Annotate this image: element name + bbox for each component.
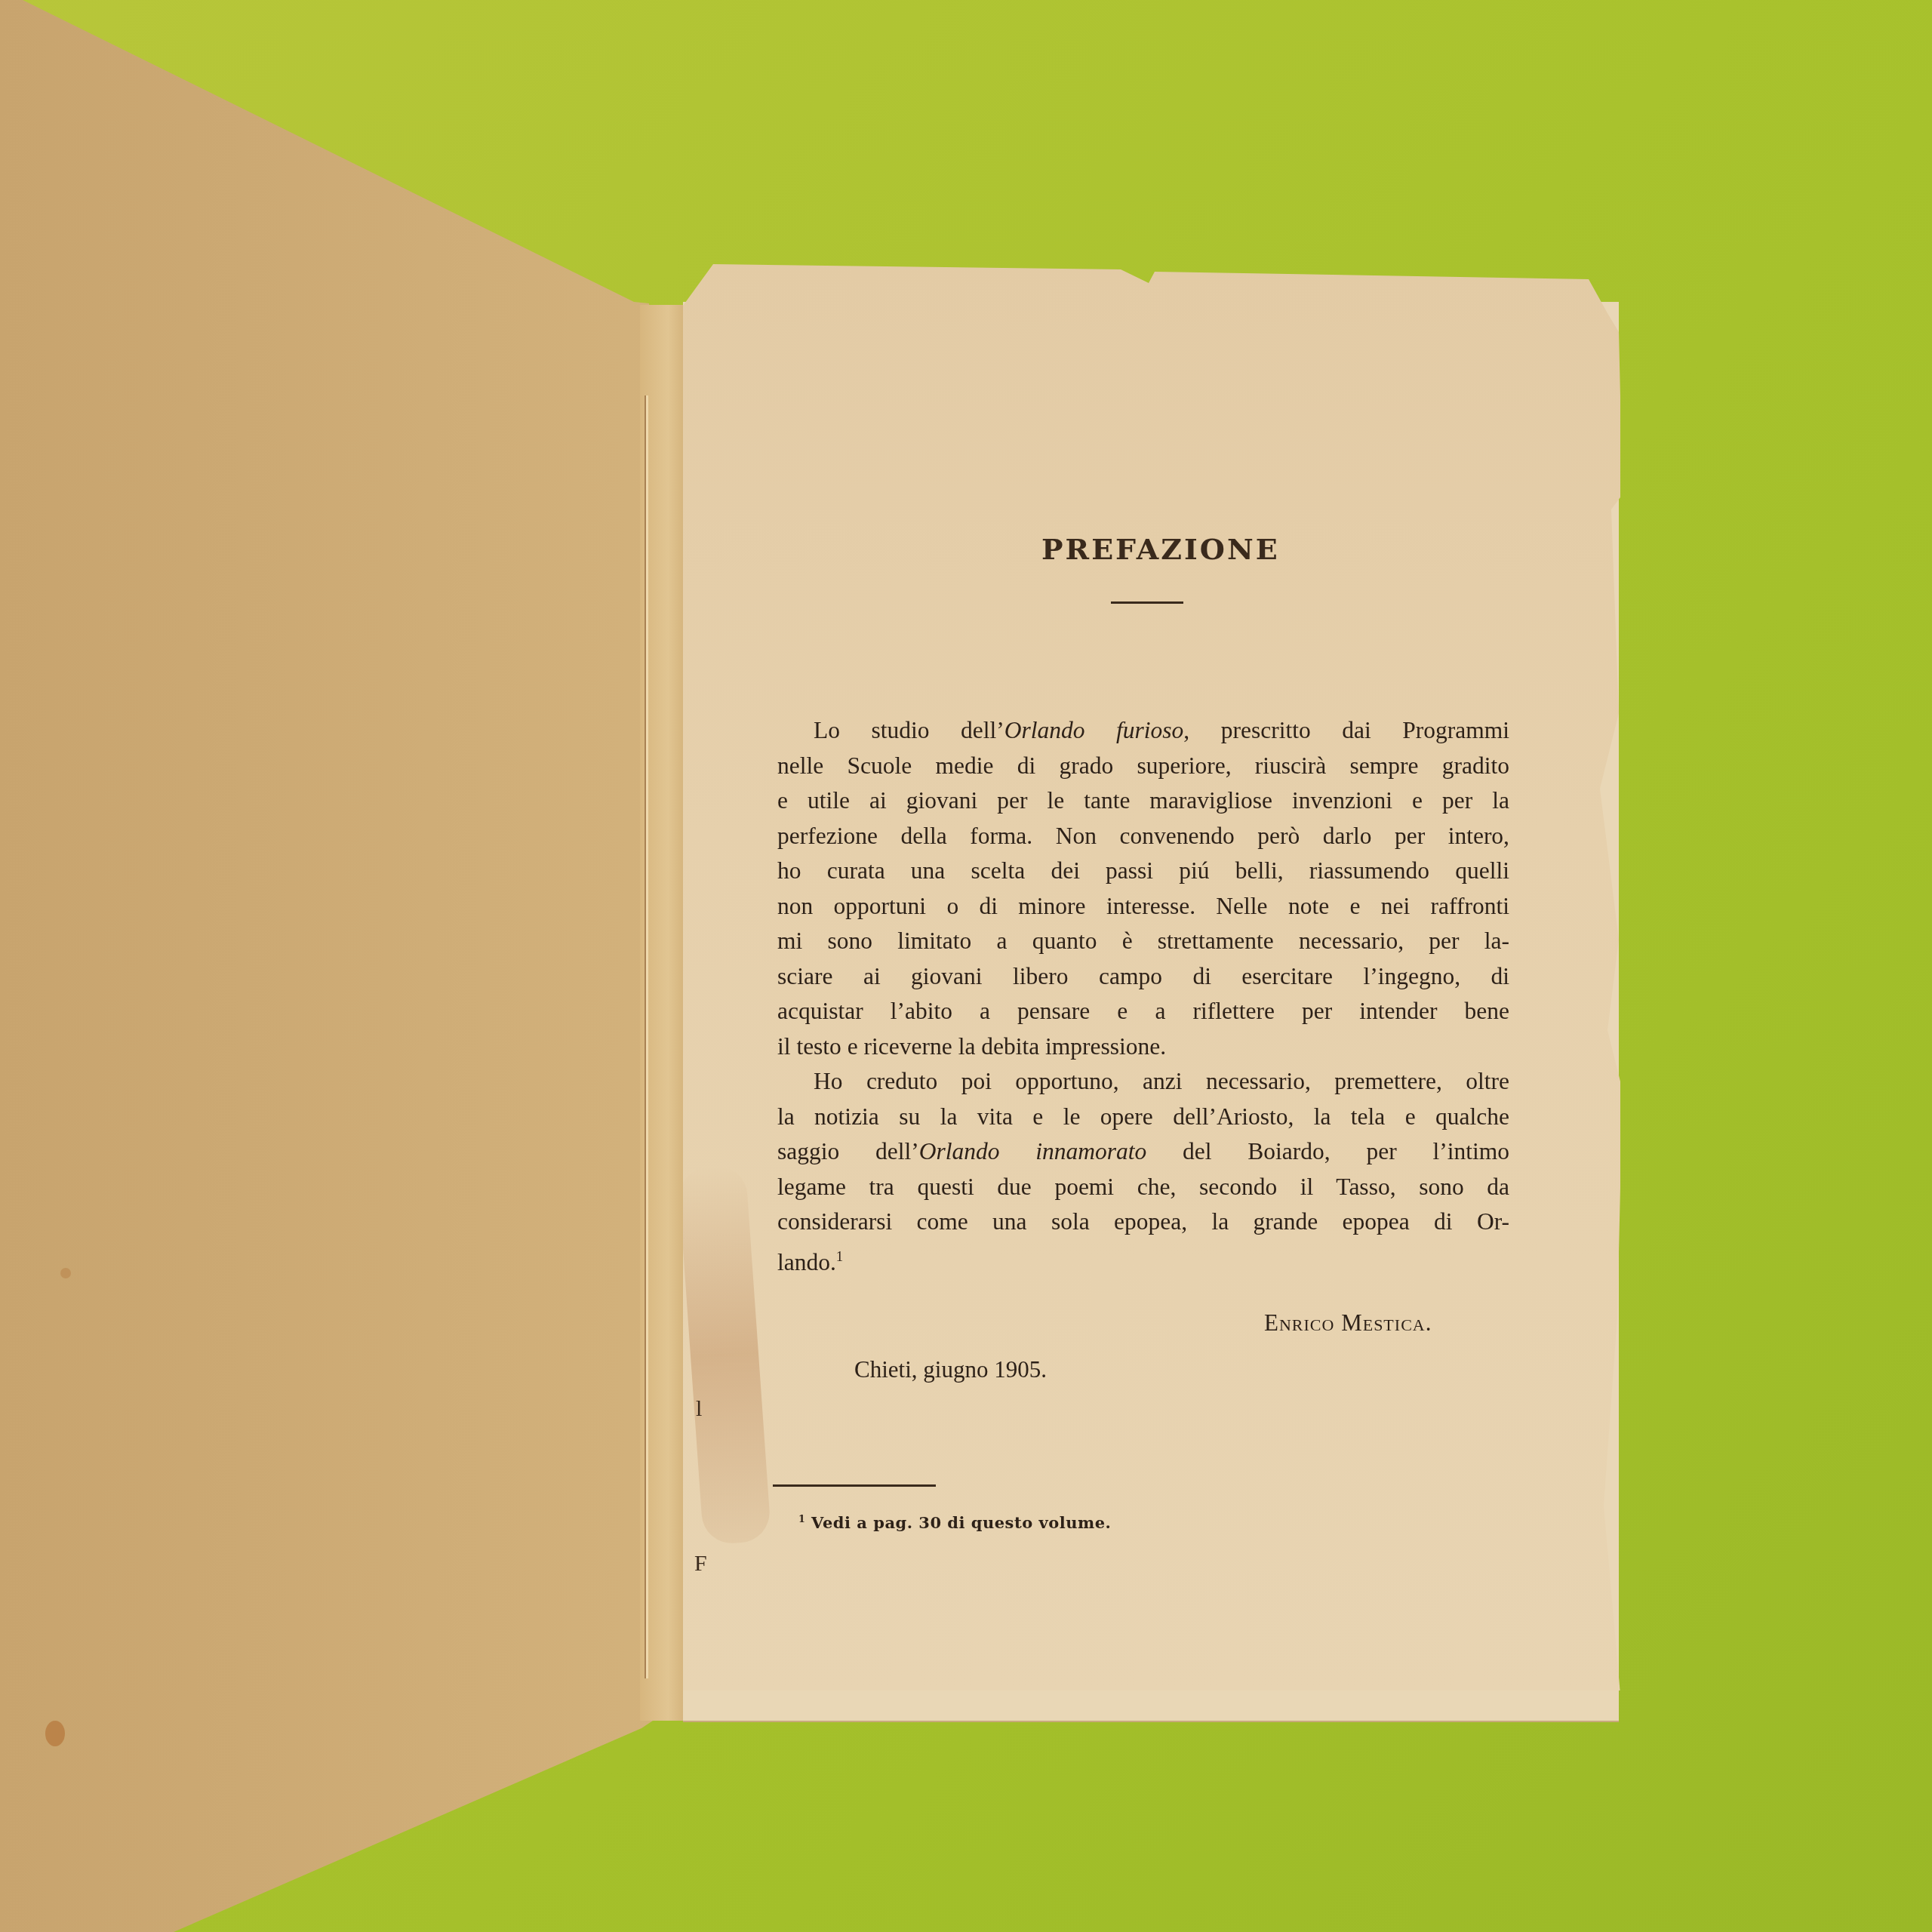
text-line: acquistar l’abito a pensare e a riflette…	[777, 994, 1509, 1029]
text-run: Ho creduto poi opportuno, anzi necessari…	[814, 1068, 1509, 1094]
text-run: non opportuni o di minore interesse. Nel…	[777, 893, 1509, 919]
text-line: la notizia su la vita e le opere dell’Ar…	[777, 1100, 1509, 1135]
text-run: considerarsi come una sola epopea, la gr…	[777, 1208, 1509, 1235]
italic-title: Orlando furioso	[1004, 717, 1184, 743]
footnote-marker: 1	[798, 1513, 805, 1524]
paragraph: Ho creduto poi opportuno, anzi necessari…	[777, 1064, 1509, 1280]
text-line: saggio dell’Orlando innamorato del Boiar…	[777, 1134, 1509, 1170]
text-line: Lo studio dell’Orlando furioso, prescrit…	[777, 713, 1509, 749]
margin-letter: l	[696, 1396, 702, 1422]
footnote-text: Vedi a pag. 30 di questo volume.	[811, 1513, 1111, 1532]
text-run: nelle Scuole medie di grado superiore, r…	[777, 752, 1509, 779]
margin-letter: F	[694, 1551, 707, 1577]
text-run: e utile ai giovani per le tante maravigl…	[777, 787, 1509, 814]
foxing-spot	[60, 1268, 71, 1278]
author-signature: Enrico Mestica.	[1264, 1309, 1432, 1337]
text-line: mi sono limitato a quanto è strettamente…	[777, 924, 1509, 959]
water-stain	[678, 1164, 772, 1545]
text-run: mi sono limitato a quanto è strettamente…	[777, 928, 1509, 954]
text-run: sciare ai giovani libero campo di eserci…	[777, 963, 1509, 989]
footnote-reference: 1	[836, 1249, 843, 1265]
text-run: il testo e riceverne la debita impressio…	[777, 1033, 1166, 1060]
text-line: ho curata una scelta dei passi piú belli…	[777, 854, 1509, 889]
text-line: non opportuni o di minore interesse. Nel…	[777, 889, 1509, 924]
page-title: PREFAZIONE	[1041, 532, 1268, 566]
text-line: sciare ai giovani libero campo di eserci…	[777, 959, 1509, 995]
text-line: considerarsi come una sola epopea, la gr…	[777, 1204, 1509, 1240]
text-line: nelle Scuole medie di grado superiore, r…	[777, 749, 1509, 784]
footnote-divider	[773, 1484, 936, 1487]
text-run: legame tra questi due poemi che, secondo…	[777, 1174, 1509, 1200]
footnote: 1 Vedi a pag. 30 di questo volume.	[798, 1513, 1111, 1532]
foxing-spot	[45, 1721, 65, 1746]
text-line: perfezione della forma. Non convenendo p…	[777, 819, 1509, 854]
text-line: lando.1	[777, 1240, 1509, 1280]
title-divider	[1111, 601, 1183, 604]
text-run: perfezione della forma. Non convenendo p…	[777, 823, 1509, 849]
text-line: legame tra questi due poemi che, secondo…	[777, 1170, 1509, 1205]
text-line: e utile ai giovani per le tante maravigl…	[777, 783, 1509, 819]
text-run: lando.	[777, 1248, 836, 1275]
italic-title: Orlando innamorato	[919, 1138, 1147, 1164]
text-run: Lo studio dell’	[814, 717, 1004, 743]
text-run: la notizia su la vita e le opere dell’Ar…	[777, 1103, 1509, 1130]
text-line: il testo e riceverne la debita impressio…	[777, 1029, 1509, 1065]
text-line: Ho creduto poi opportuno, anzi necessari…	[777, 1064, 1509, 1100]
place-date: Chieti, giugno 1905.	[854, 1356, 1047, 1383]
text-run: acquistar l’abito a pensare e a riflette…	[777, 998, 1509, 1024]
text-run: ho curata una scelta dei passi piú belli…	[777, 857, 1509, 884]
text-run: del Boiardo, per l’intimo	[1146, 1138, 1509, 1164]
book-gutter	[640, 305, 688, 1721]
text-run: , prescritto dai Programmi	[1183, 717, 1509, 743]
preface-body: Lo studio dell’Orlando furioso, prescrit…	[777, 713, 1509, 1280]
text-run: saggio dell’	[777, 1138, 919, 1164]
paragraph: Lo studio dell’Orlando furioso, prescrit…	[777, 713, 1509, 1064]
